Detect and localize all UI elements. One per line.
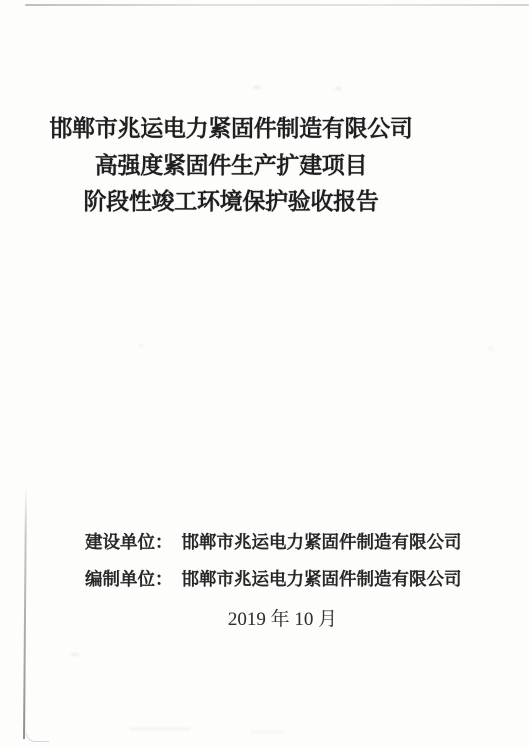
scan-speck <box>130 728 190 730</box>
scan-speck <box>250 731 284 733</box>
compilation-unit-value: 邯郸市兆运电力紧固件制造有限公司 <box>182 561 462 598</box>
scan-top-edge-line <box>25 4 529 6</box>
company-name-title: 邯郸市兆运电力紧固件制造有限公司 <box>0 110 462 147</box>
construction-unit-row: 建设单位： 邯郸市兆运电力紧固件制造有限公司 <box>85 524 462 561</box>
construction-unit-value: 邯郸市兆运电力紧固件制造有限公司 <box>182 524 462 561</box>
report-type-title: 阶段性竣工环境保护验收报告 <box>0 183 462 220</box>
scan-speck <box>70 653 80 656</box>
cover-date-text: 2019 年 10 月 <box>228 607 337 633</box>
project-name-title: 高强度紧固件生产扩建项目 <box>0 147 462 184</box>
document-page: 邯郸市兆运电力紧固件制造有限公司 高强度紧固件生产扩建项目 阶段性竣工环境保护验… <box>0 0 529 747</box>
scan-speck <box>335 87 342 90</box>
cover-info-block: 建设单位： 邯郸市兆运电力紧固件制造有限公司 编制单位： 邯郸市兆运电力紧固件制… <box>85 524 462 598</box>
construction-unit-label: 建设单位： <box>85 524 173 561</box>
scan-speck <box>488 347 493 350</box>
compilation-unit-label: 编制单位： <box>85 561 173 598</box>
compilation-unit-row: 编制单位： 邯郸市兆运电力紧固件制造有限公司 <box>85 561 462 598</box>
scan-corner-curve <box>26 733 49 742</box>
scan-speck <box>139 344 143 347</box>
scan-speck <box>253 86 261 89</box>
cover-title: 邯郸市兆运电力紧固件制造有限公司 高强度紧固件生产扩建项目 阶段性竣工环境保护验… <box>0 110 462 220</box>
cover-date: 2019 年 10 月 <box>0 607 529 633</box>
